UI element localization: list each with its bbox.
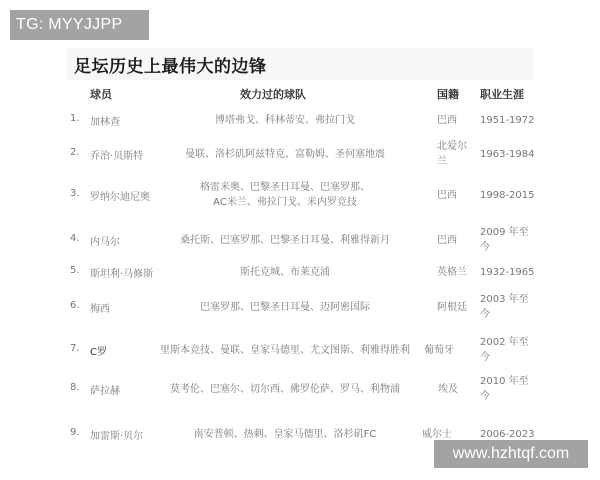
- player-teams: 斯托克城、布莱克浦: [160, 265, 410, 280]
- player-career: 1932-1965: [480, 265, 540, 280]
- player-name: 萨拉赫: [90, 382, 120, 397]
- player-name: 梅西: [90, 300, 110, 315]
- player-career: 2003 年至今: [480, 292, 530, 322]
- row-index: 9.: [70, 427, 80, 438]
- player-name: C罗: [90, 343, 107, 358]
- player-teams: 莫考伦、巴塞尔、切尔西、佛罗伦萨、罗马、利物浦: [160, 382, 410, 397]
- player-teams: 博塔弗戈、科林蒂安、弗拉门戈: [160, 113, 410, 128]
- player-name: 加雷斯·贝尔: [90, 427, 143, 442]
- watermark-tg-badge: TG: MYYJJPP: [10, 10, 149, 40]
- row-index: 5.: [70, 265, 80, 276]
- player-teams: 曼联、洛杉矶阿兹特克、富勒姆、圣何塞地震: [160, 147, 410, 162]
- watermark-url-badge: www.hzhtqf.com: [434, 440, 588, 468]
- row-index: 8.: [70, 382, 80, 393]
- header-career: 职业生涯: [480, 86, 524, 102]
- player-teams: 南安普顿、热刺、皇家马德里、洛杉矶FC: [160, 427, 410, 442]
- player-teams: 里斯本竞技、曼联、皇家马德里、尤文图斯、利雅得胜利: [160, 343, 410, 358]
- row-index: 1.: [70, 113, 80, 124]
- player-name: 内马尔: [90, 233, 120, 248]
- player-nationality: 巴西: [437, 233, 467, 248]
- player-career: 1963-1984: [480, 147, 540, 162]
- player-teams: 桑托斯、巴塞罗那、巴黎圣日耳曼、利雅得新月: [160, 233, 410, 248]
- player-nationality: 埃及: [438, 382, 468, 397]
- player-nationality: 阿根廷: [437, 300, 467, 315]
- row-index: 4.: [70, 233, 80, 244]
- row-index: 3.: [70, 188, 80, 199]
- header-player: 球员: [90, 86, 112, 102]
- player-name: 斯坦利·马修斯: [90, 265, 153, 280]
- player-career: 2009 年至今: [480, 225, 530, 255]
- header-teams: 效力过的球队: [240, 86, 306, 102]
- player-teams: 格雷米奥、巴黎圣日耳曼、巴塞罗那、AC米兰、弗拉门戈、米内罗竞技: [195, 180, 375, 210]
- row-index: 7.: [70, 343, 80, 354]
- player-name: 乔治·贝斯特: [90, 147, 143, 162]
- player-nationality: 巴西: [437, 188, 467, 203]
- player-career: 1998-2015: [480, 188, 540, 203]
- player-nationality: 英格兰: [437, 265, 467, 280]
- header-nationality: 国籍: [437, 86, 459, 102]
- player-nationality: 葡萄牙: [424, 343, 464, 358]
- row-index: 2.: [70, 147, 80, 158]
- player-teams: 巴塞罗那、巴黎圣日耳曼、迈阿密国际: [160, 300, 410, 315]
- player-career: 2002 年至今: [480, 335, 530, 365]
- page-title: 足坛历史上最伟大的边锋: [74, 52, 267, 77]
- player-career: 2010 年至今: [480, 374, 530, 404]
- row-index: 6.: [70, 300, 80, 311]
- player-nationality: 北爱尔兰: [437, 139, 467, 169]
- player-name: 罗纳尔迪尼奥: [90, 188, 150, 203]
- player-career: 1951-1972: [480, 113, 540, 128]
- player-name: 加林查: [90, 113, 120, 128]
- player-nationality: 巴西: [437, 113, 467, 128]
